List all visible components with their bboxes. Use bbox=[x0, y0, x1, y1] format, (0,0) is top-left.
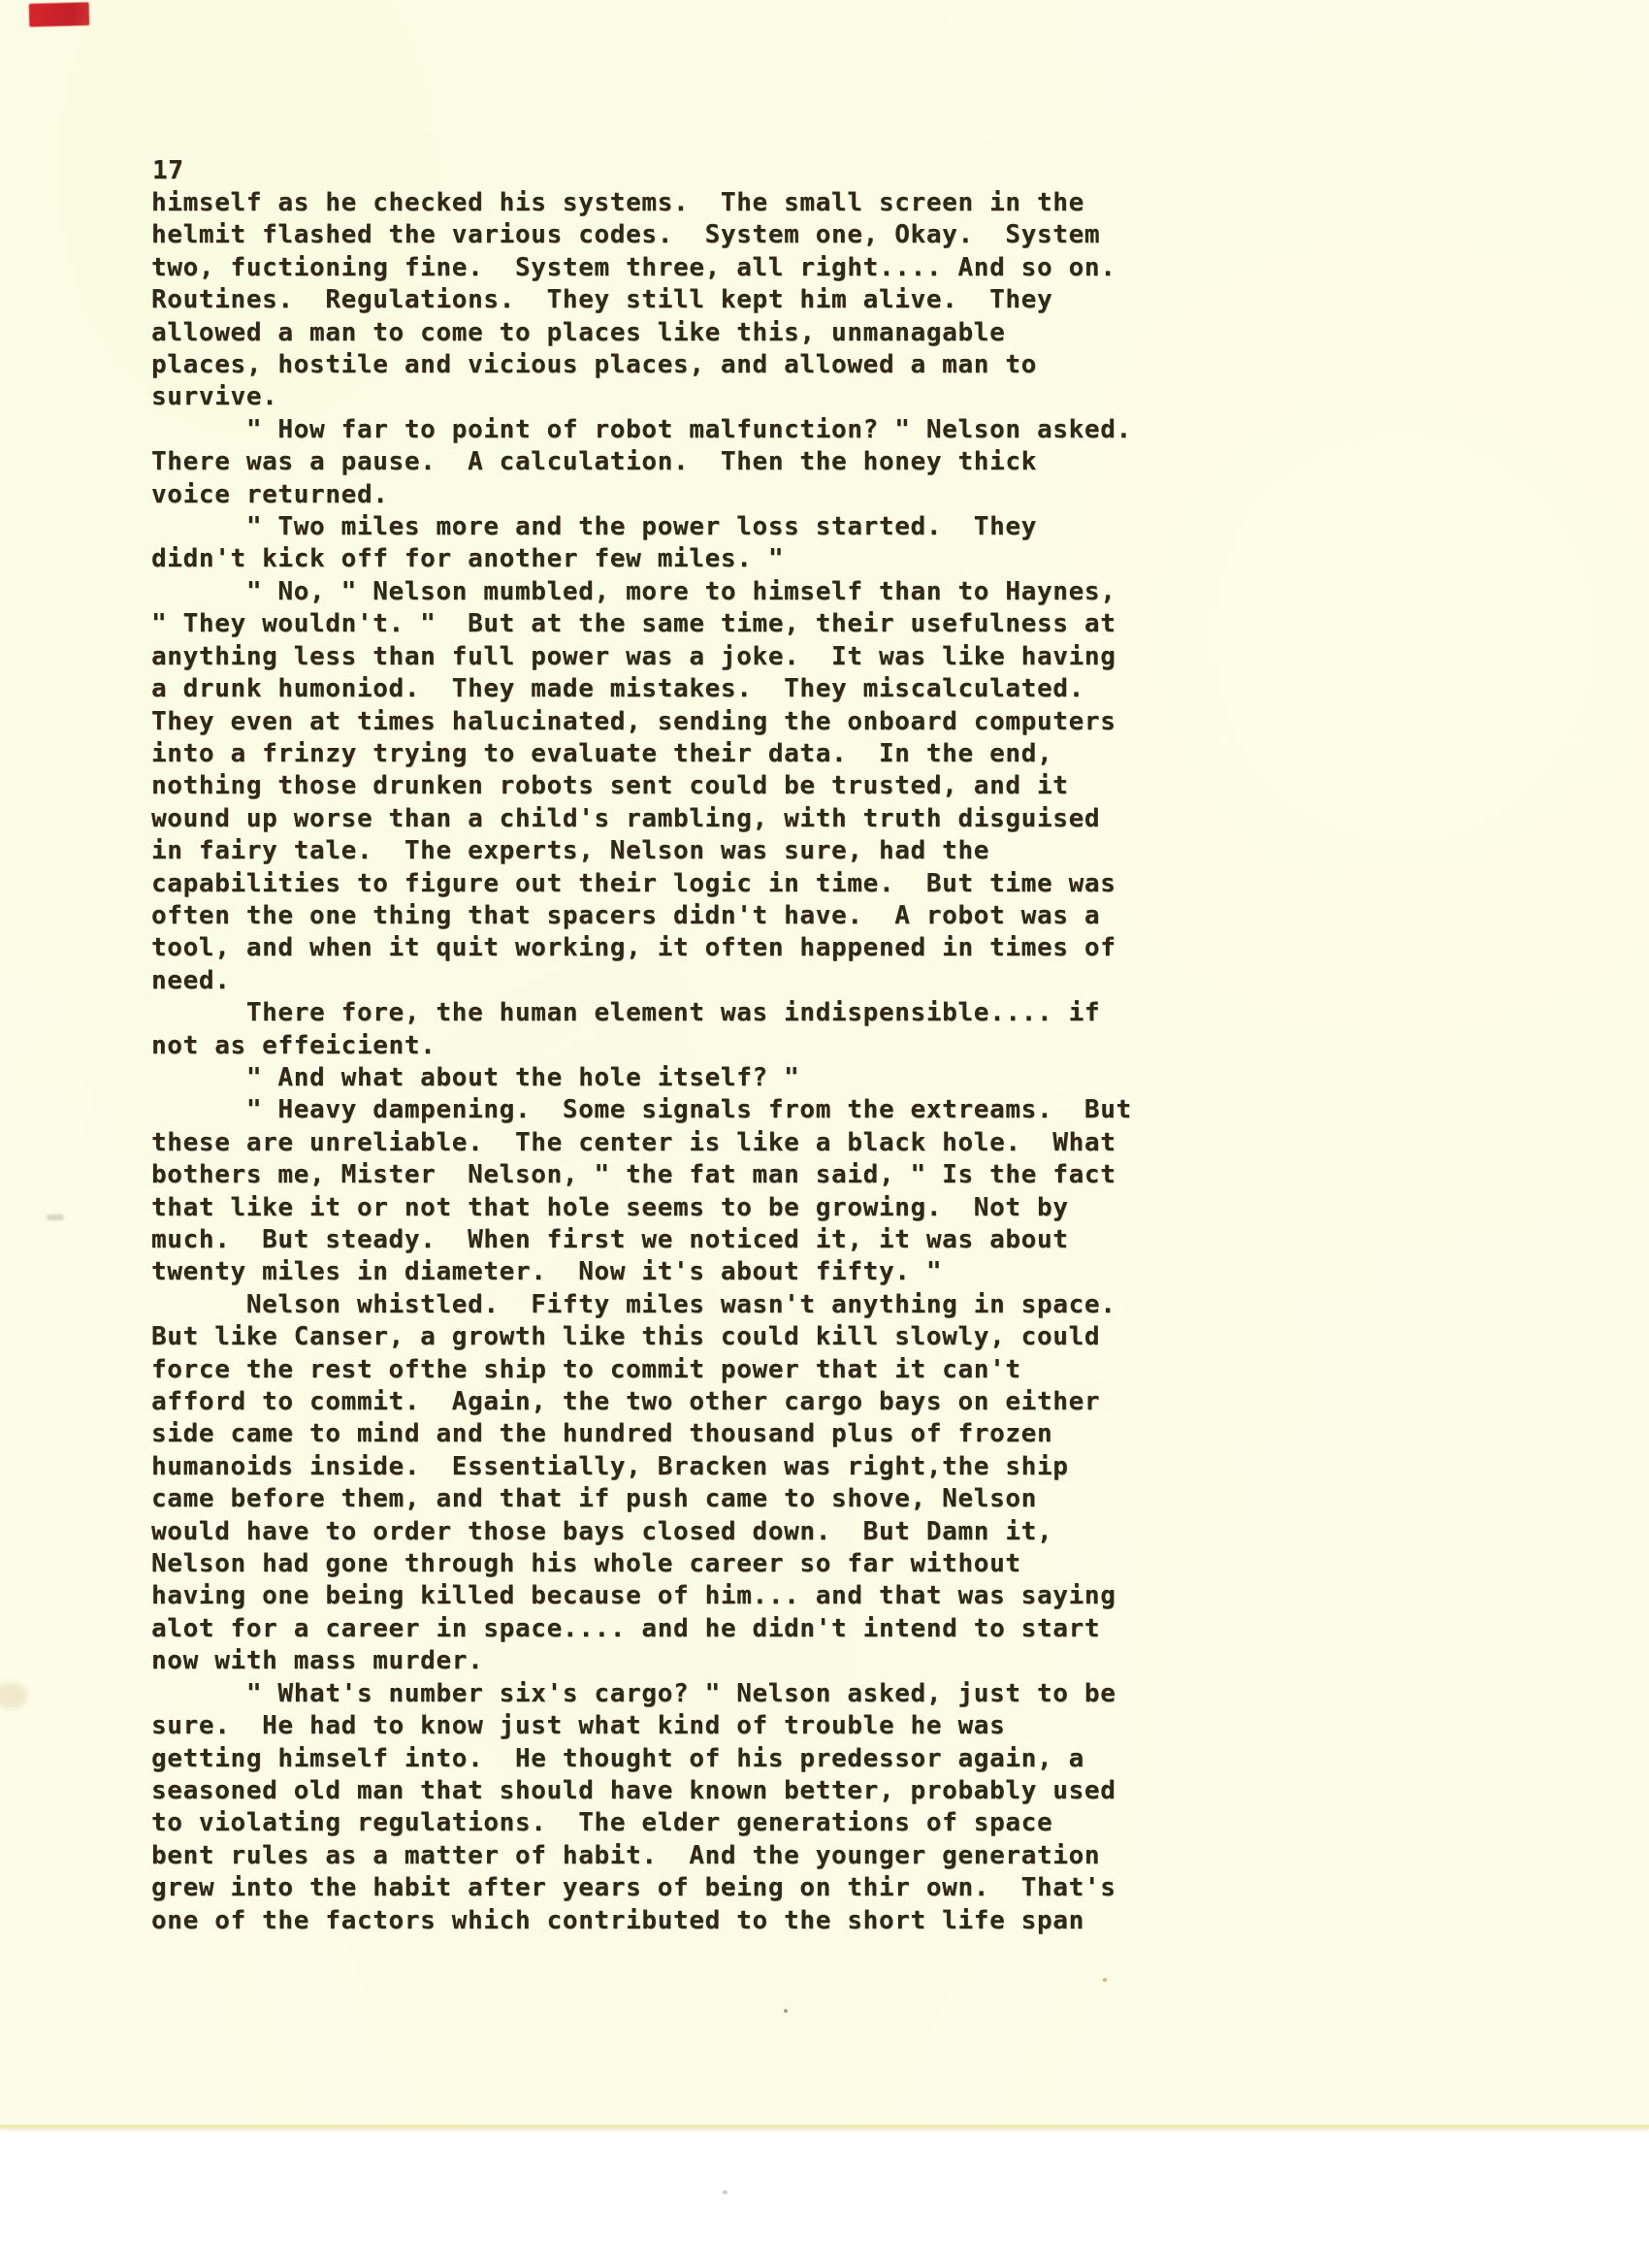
page-number: 17 bbox=[152, 155, 184, 187]
scan-smudge bbox=[0, 1683, 27, 1708]
scan-speck bbox=[1103, 1978, 1107, 1982]
scan-smudge bbox=[47, 1215, 64, 1220]
paper-sheet: 17 himself as he checked his systems. Th… bbox=[0, 0, 1649, 2128]
scan-speck bbox=[723, 2190, 727, 2194]
red-tape-mark bbox=[29, 2, 90, 27]
scan-speck bbox=[784, 2009, 788, 2013]
page-body-text: himself as he checked his systems. The s… bbox=[151, 187, 1132, 1937]
scanned-document: 17 himself as he checked his systems. Th… bbox=[0, 0, 1649, 2268]
